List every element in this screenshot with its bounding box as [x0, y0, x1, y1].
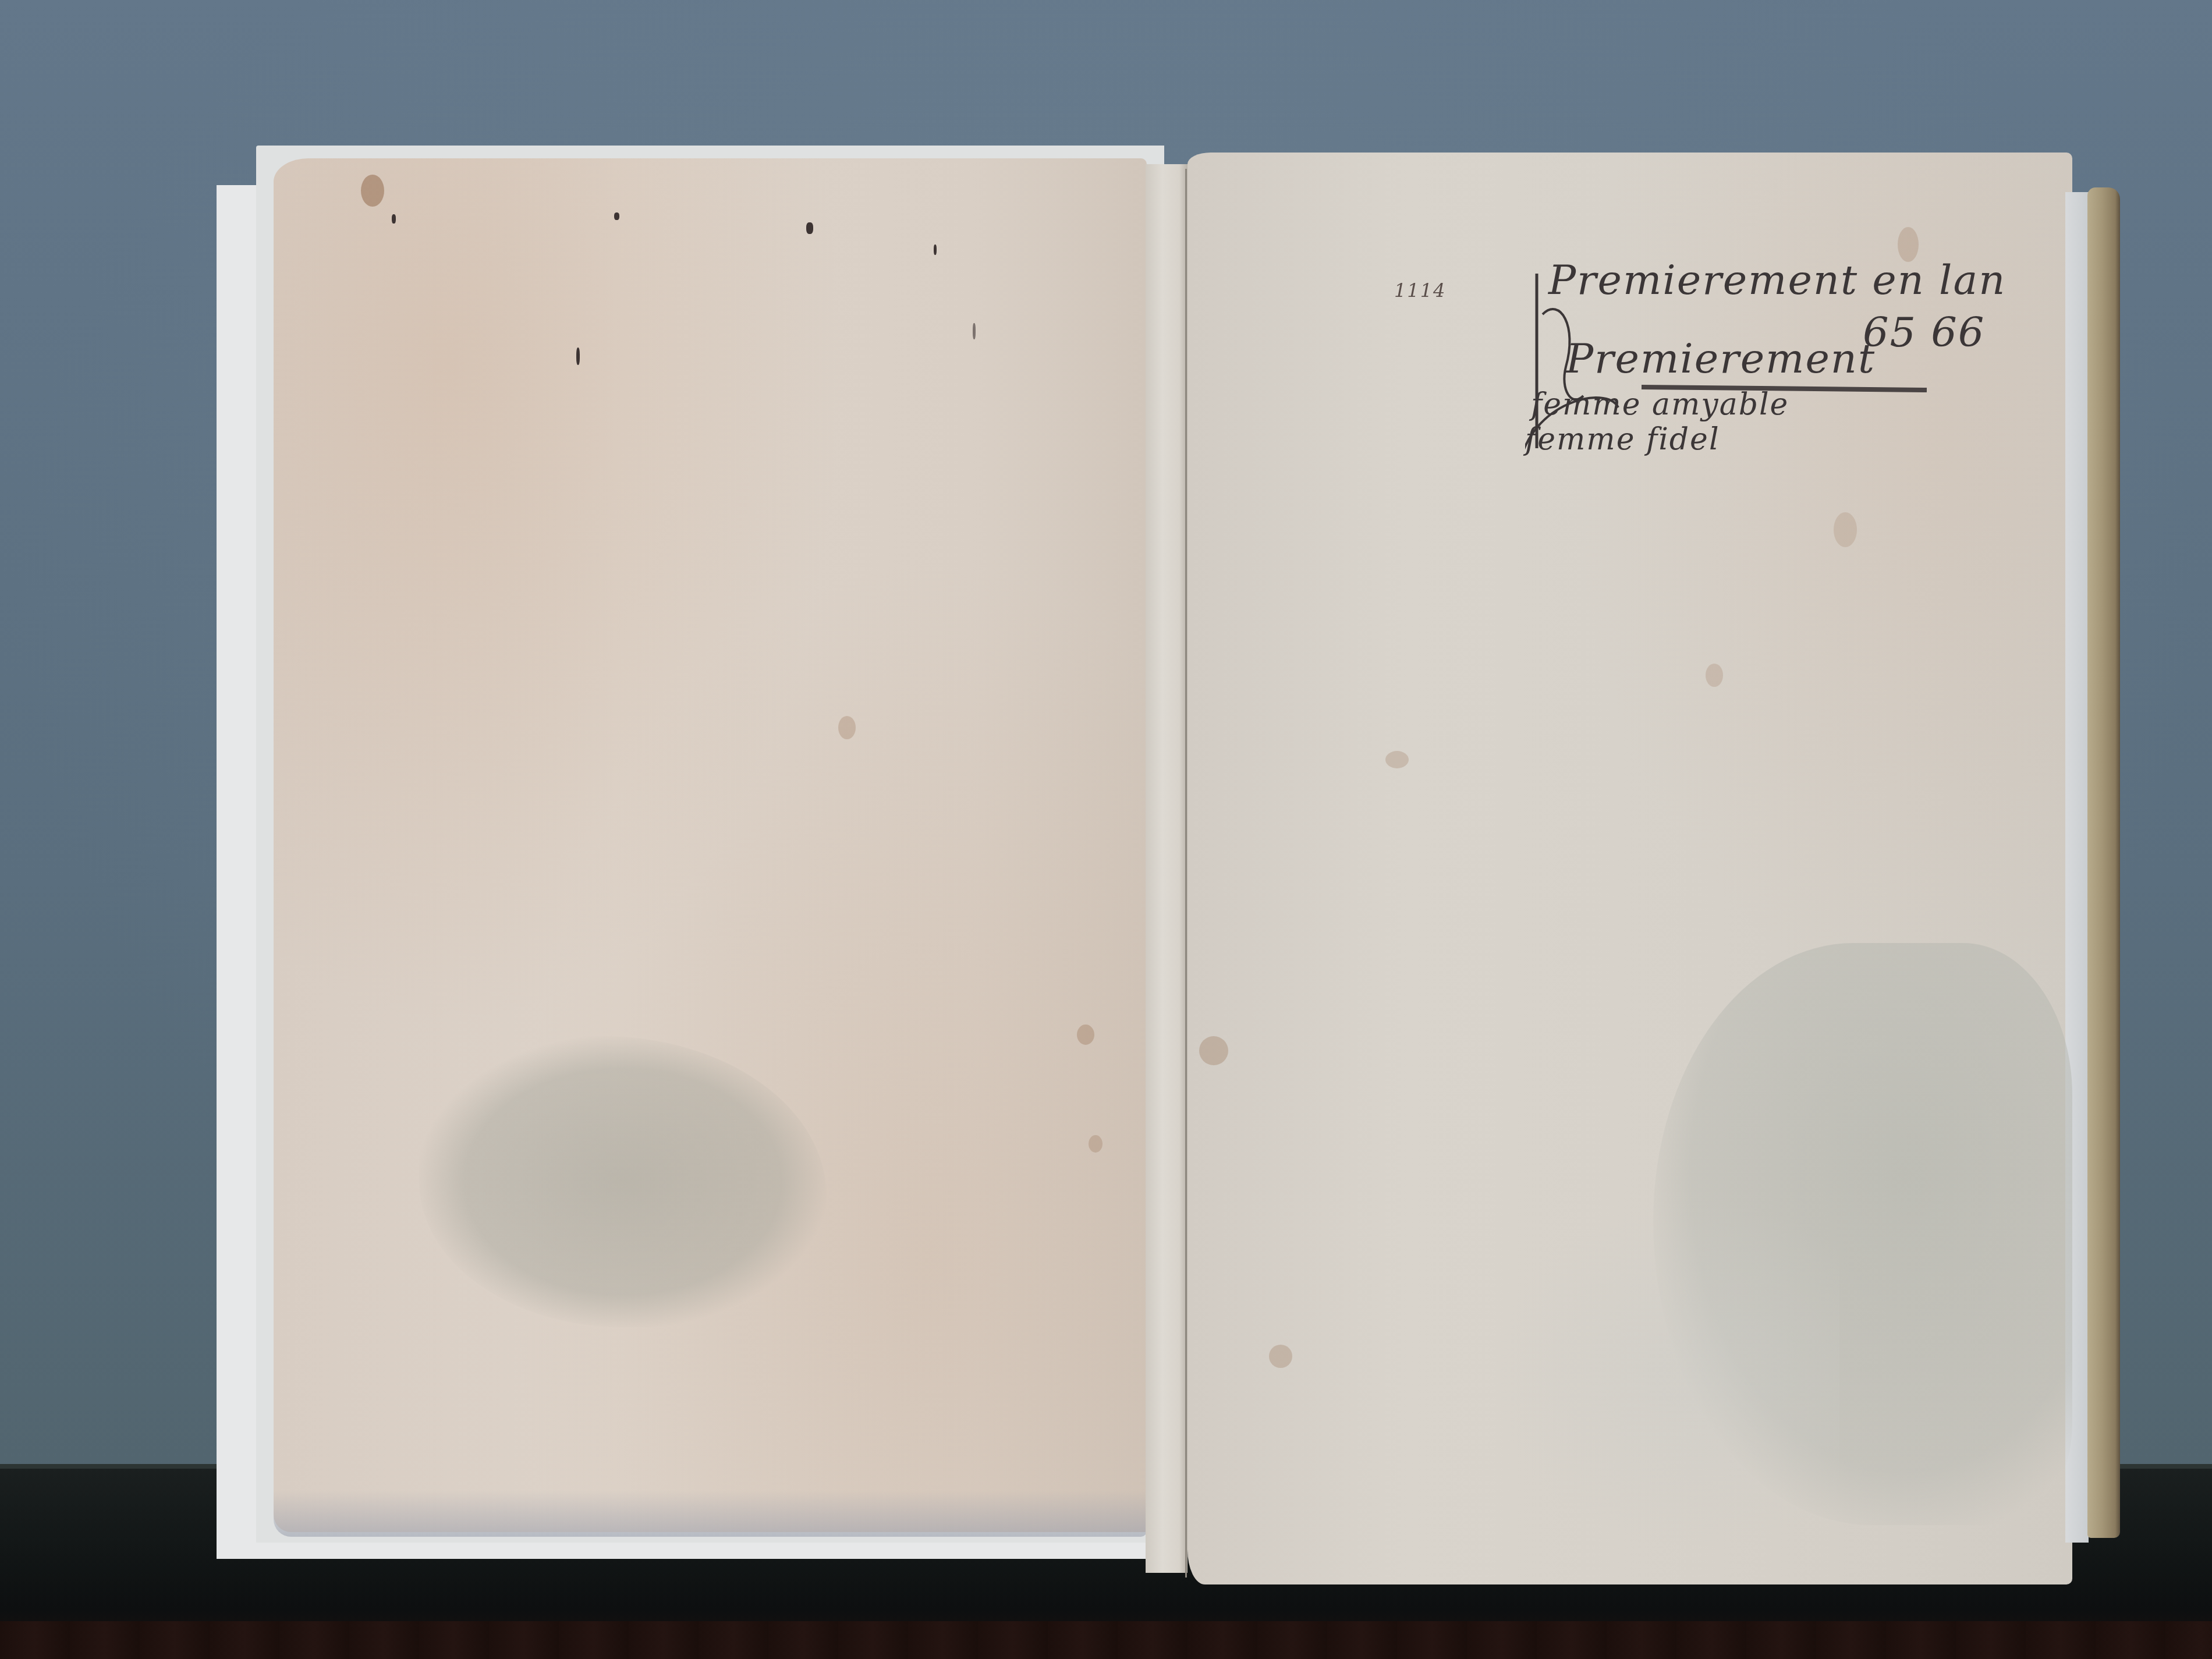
left-page	[274, 158, 1147, 1532]
foxing-spot	[838, 716, 856, 739]
foxing-spot	[361, 175, 384, 207]
handwriting-line-3: femme amyable	[1531, 387, 1789, 422]
ink-speck	[614, 212, 619, 220]
foxing-spot	[1269, 1345, 1292, 1368]
ink-speck	[806, 222, 813, 234]
handwriting-line-2: Premierement	[1566, 335, 1876, 382]
foxing-spot	[1706, 664, 1723, 687]
foxing-spot	[1385, 751, 1409, 768]
shelf-base	[0, 1621, 2212, 1659]
handwriting-line-4: femme fidel	[1525, 422, 1720, 457]
folio-mark: 1114	[1394, 279, 1446, 302]
ink-speck	[973, 323, 976, 339]
foxing-spot	[1077, 1025, 1094, 1045]
gutter-fold	[1185, 169, 1187, 1578]
gutter	[1146, 164, 1187, 1573]
left-page-damaged-edge	[274, 1490, 1147, 1537]
foxing-spot	[1089, 1135, 1103, 1153]
ink-speck	[934, 244, 937, 255]
right-page-pale-stain	[1490, 1199, 1839, 1548]
foxing-spot	[1199, 1036, 1228, 1065]
ink-speck	[576, 348, 580, 365]
foxing-spot	[1834, 512, 1857, 547]
handwriting-date: 65 66	[1863, 309, 1985, 356]
handwriting-line-1: Premierement en lan	[1548, 256, 2006, 304]
ink-speck	[392, 214, 396, 224]
